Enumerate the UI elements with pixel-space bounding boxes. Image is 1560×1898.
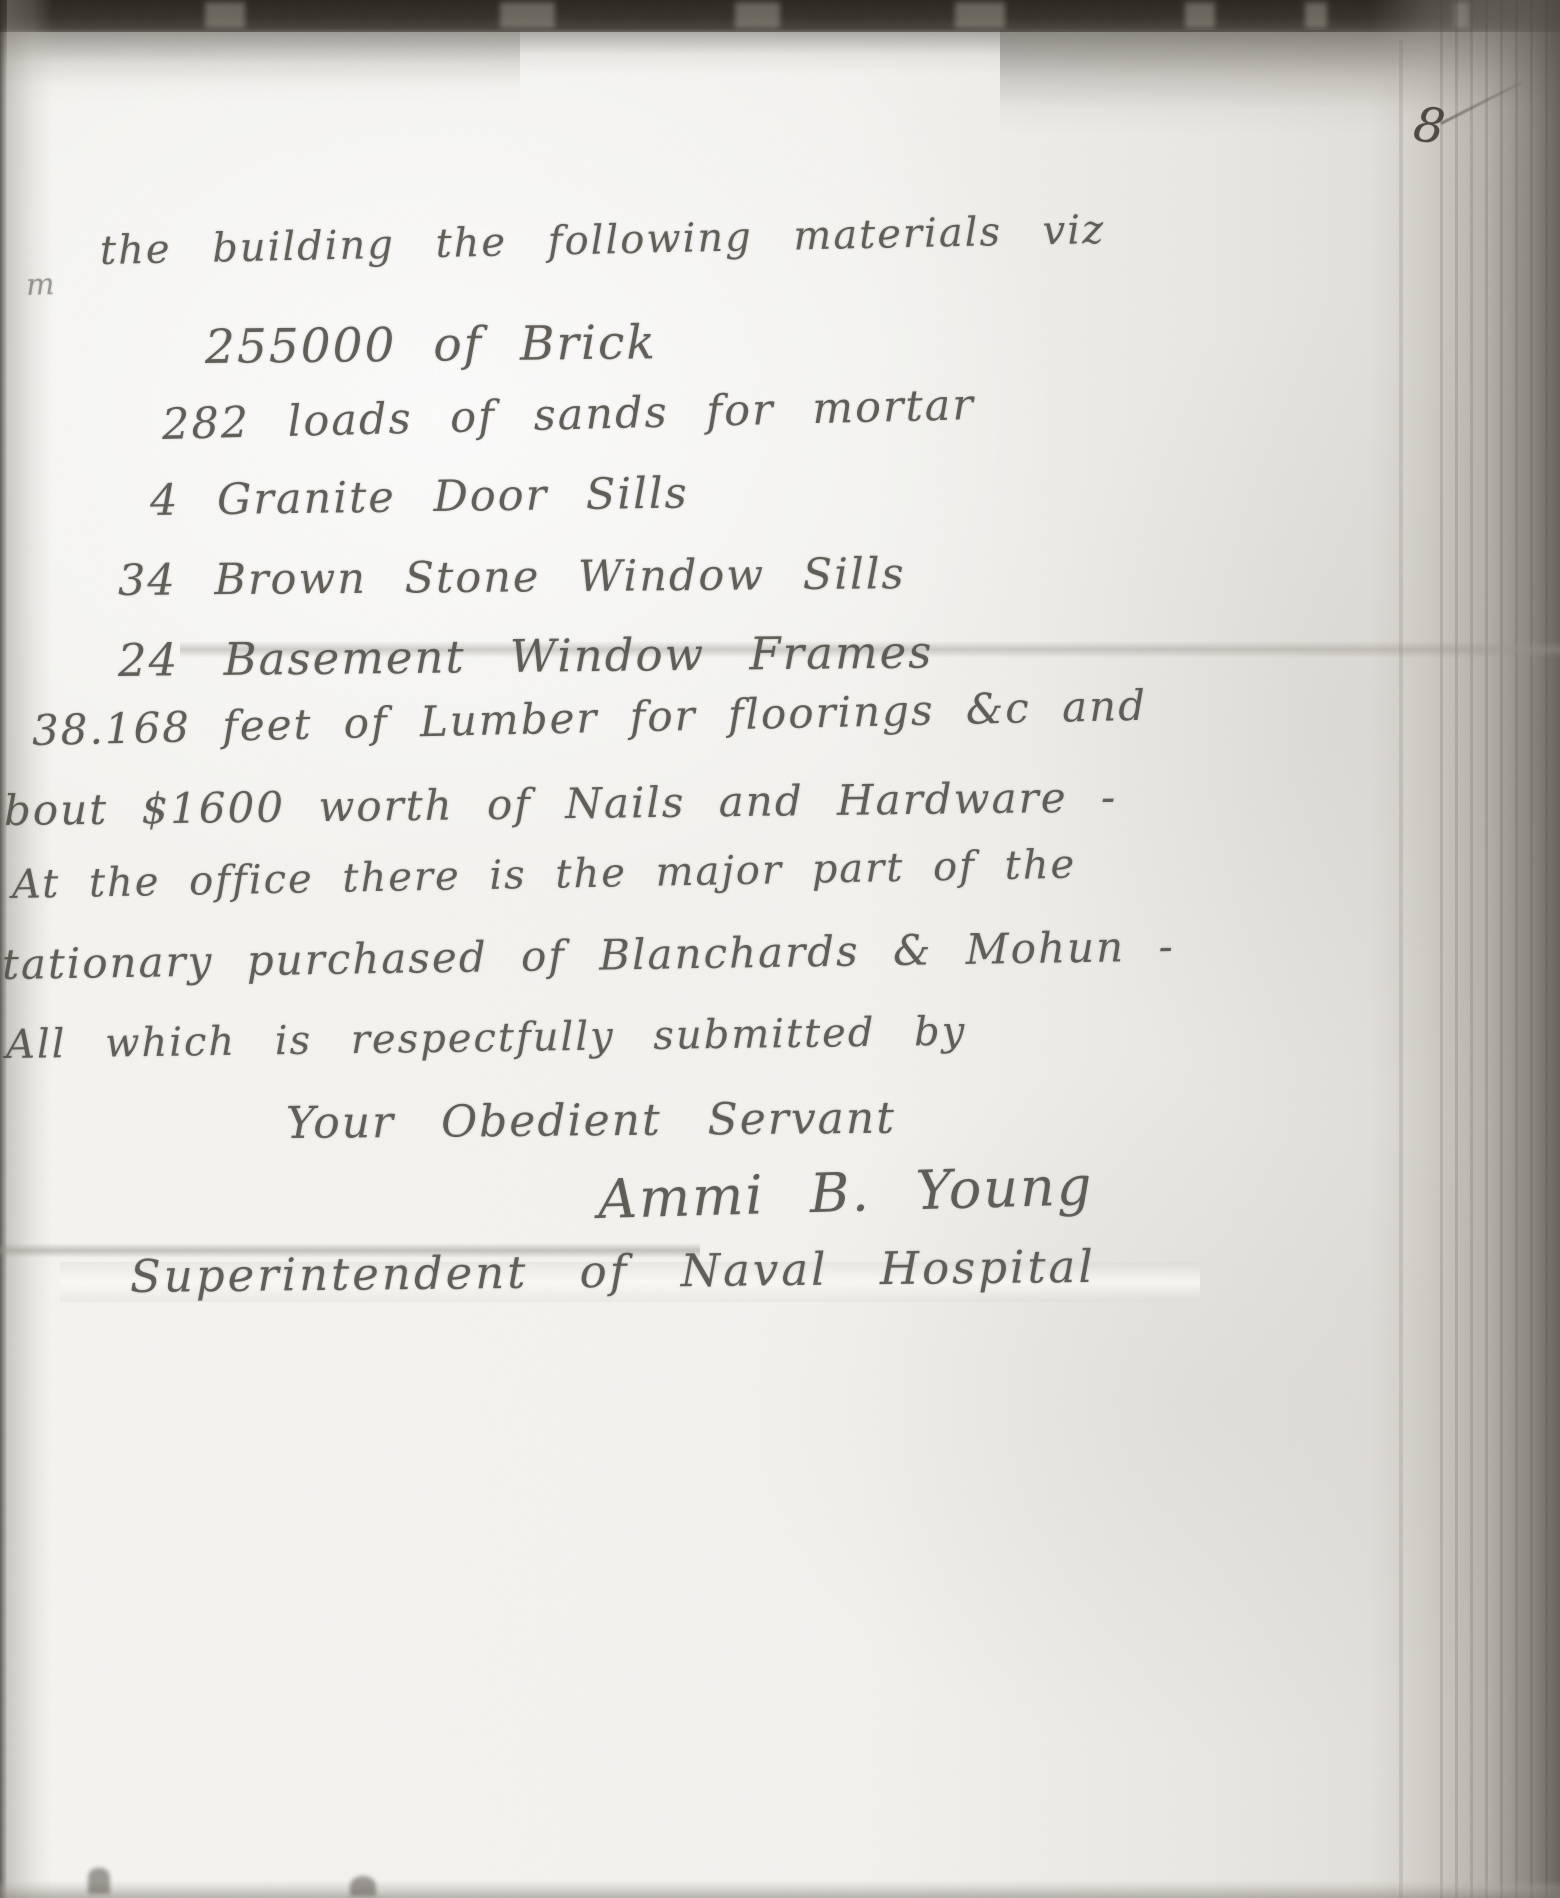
manuscript-line: the building the following materials viz — [100, 207, 1106, 274]
scan-streak — [1305, 2, 1327, 28]
page-number: 8 — [1410, 96, 1448, 156]
signature-title: Superintendent of Naval Hospital — [130, 1240, 1096, 1303]
manuscript-line: 282 loads of sands for mortar — [161, 380, 975, 450]
manuscript-signoff: Your Obedient Servant — [286, 1093, 896, 1149]
cut-off-word-fragment: m — [25, 267, 57, 303]
scan-streak — [205, 2, 245, 28]
scan-top-shadow — [0, 30, 520, 105]
manuscript-line: 34 Brown Stone Window Sills — [118, 549, 906, 606]
manuscript-line: At the office there is the major part of… — [12, 842, 1077, 908]
scan-streak — [1455, 2, 1469, 28]
manuscript-line: 38.168 feet of Lumber for floorings &c a… — [31, 681, 1147, 755]
scan-streak — [735, 2, 780, 28]
manuscript-line: 255000 of Brick — [205, 315, 657, 375]
manuscript-line: tationary purchased of Blanchards & Mohu… — [2, 922, 1175, 989]
scanned-manuscript-page: 8 m the building the following materials… — [0, 0, 1560, 1898]
manuscript-line: 4 Granite Door Sills — [150, 468, 689, 526]
scan-top-shadow — [520, 30, 1000, 75]
scan-streak — [500, 2, 555, 28]
manuscript-line: 24 Basement Window Frames — [118, 625, 934, 687]
manuscript-line: bout $1600 worth of Nails and Hardware - — [4, 772, 1118, 835]
scan-page-edges — [1440, 0, 1560, 1898]
scan-right-binding-shadow — [1370, 0, 1560, 1898]
pen-stroke — [1440, 80, 1523, 124]
paper-fold-vertical — [1399, 40, 1403, 1898]
scan-top-shadow — [1000, 30, 1560, 135]
scan-smudge — [88, 1868, 110, 1894]
scan-top-edge-band — [0, 0, 1560, 32]
scan-streak — [955, 2, 1005, 28]
manuscript-line: All which is respectfully submitted by — [6, 1009, 967, 1068]
scan-smudge — [350, 1876, 376, 1896]
scan-bottom-edge-band — [0, 1880, 1560, 1898]
signature: Ammi B. Young — [597, 1154, 1094, 1231]
scan-streak — [1185, 2, 1215, 28]
